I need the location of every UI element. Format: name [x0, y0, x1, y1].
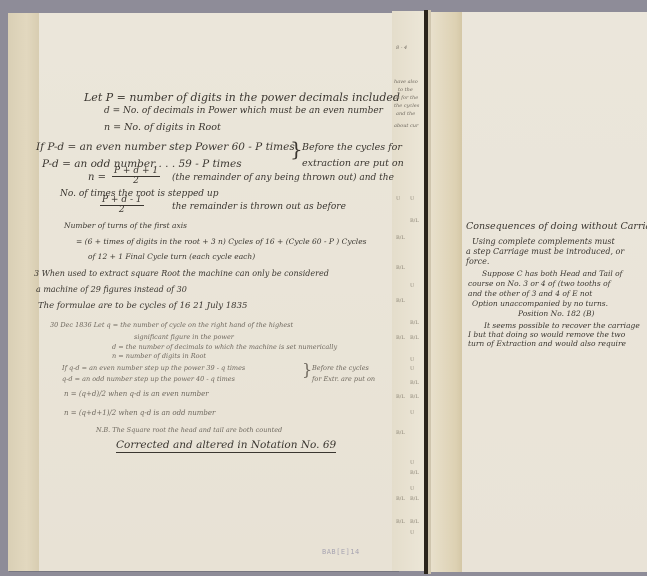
nb-note: N.B. The Square root the head and tail a… — [96, 427, 282, 434]
brace: } — [290, 139, 303, 159]
fold-mark: B/L — [396, 298, 405, 304]
note-3-line-1: 3 When used to extract square Root the m… — [34, 270, 329, 278]
fold-mark: B/L — [396, 430, 405, 436]
right-para1-line2: a step Carriage must be introduced, or — [466, 248, 624, 256]
fold-mark: U — [410, 357, 414, 363]
right-para3-line1: It seems possible to recover the carriag… — [484, 322, 640, 330]
fold-mark: B/L — [410, 335, 419, 341]
fraction-denominator: 2 — [112, 177, 160, 186]
fold-mark: B/L — [410, 218, 419, 224]
fold-mark: U — [396, 196, 400, 202]
revision-line-2: significant figure in the power — [134, 334, 234, 341]
right-para3-line2: I but that doing so would remove the two — [468, 331, 625, 339]
fold-mark: B/L — [410, 380, 419, 386]
fold-mark: B/L — [396, 235, 405, 241]
right-para3-line3: turn of Extraction and would also requir… — [468, 340, 626, 348]
archive-stamp: BAB[E]14 — [322, 548, 360, 556]
note-3-line-2: a machine of 29 figures instead of 30 — [36, 286, 187, 294]
remainder-note-2: the remainder is thrown out as before — [172, 203, 346, 212]
right-binding-strip — [431, 12, 462, 572]
revision-line-5: If q-d = an even number step up the powe… — [62, 365, 245, 372]
fold-mark: B/L — [410, 394, 419, 400]
fold-mark: B/L — [410, 519, 419, 525]
right-para2-line1: Suppose C has both Head and Tail of — [482, 270, 622, 278]
fold-mark: B/L — [410, 320, 419, 326]
fold-top-note: 8 - 4 — [396, 46, 407, 51]
right-para2-line3: and the other of 3 and 4 of E not — [468, 290, 592, 298]
turns-formula-cont: of 12 + 1 Final Cycle turn (each cycle e… — [88, 253, 255, 261]
fold-line: about cur — [394, 124, 418, 129]
right-para2-line4: Option unaccompanied by no turns. — [472, 300, 608, 308]
fold-mark: U — [410, 486, 414, 492]
fold-mark: U — [410, 366, 414, 372]
fold-mark: U — [410, 410, 414, 416]
fold-line: as for the — [394, 96, 418, 101]
condition-note-2: extraction are put on — [302, 159, 404, 169]
remainder-note: (the remainder of any being thrown out) … — [172, 174, 394, 183]
condition-note-1: Before the cycles for — [302, 143, 402, 153]
revision-line-8: n = (q+d+1)/2 when q-d is an odd number — [64, 410, 215, 417]
revision-line-3: d = the number of decimals to which the … — [112, 344, 337, 351]
fold-mark: B/L — [396, 519, 405, 525]
fold-line: to the — [398, 88, 413, 93]
fold-mark: U — [410, 196, 414, 202]
definition-d: d = No. of decimals in Power which must … — [104, 107, 383, 116]
revision-line-4: n = number of digits in Root — [112, 353, 206, 360]
formulae-date-line: The formulae are to be cycles of 16 21 J… — [38, 302, 247, 311]
definition-p: Let P = number of digits in the power de… — [84, 92, 400, 103]
fold-line: have also — [394, 80, 418, 85]
fold-mark: U — [410, 460, 414, 466]
n-equals: n = — [88, 173, 106, 183]
revision-note-1: Before the cycles — [312, 365, 369, 372]
right-para2-ref: Position No. 182 (B) — [518, 310, 594, 318]
fraction-n-even: P + d + 1 2 — [112, 167, 160, 186]
corrected-notation-title: Corrected and altered in Notation No. 69 — [116, 440, 336, 453]
fold-mark: B/L — [396, 265, 405, 271]
revision-line-7: n = (q+d)/2 when q-d is an even number — [64, 391, 209, 398]
right-para1-line1: Using complete complements must — [472, 238, 615, 246]
condition-even: If P-d = an even number step Power 60 - … — [36, 142, 295, 153]
brace: } — [302, 362, 312, 378]
fold-mark: U — [410, 283, 414, 289]
right-heading: Consequences of doing without Carriage — [466, 222, 647, 232]
fold-mark: B/L — [396, 496, 405, 502]
turns-heading: Number of turns of the first axis — [64, 222, 187, 230]
revision-line-1: 30 Dec 1836 Let q = the number of cycle … — [50, 322, 293, 329]
right-para2-line2: course on No. 3 or 4 of (two tooths of — [468, 280, 610, 288]
fold-mark: B/L — [396, 394, 405, 400]
fraction-denominator: 2 — [100, 206, 144, 215]
right-para1-line3: force. — [466, 258, 489, 266]
definition-n: n = No. of digits in Root — [104, 123, 221, 133]
turns-formula: = (6 + times of digits in the root + 3 n… — [76, 238, 366, 246]
fold-line: and the — [396, 112, 415, 117]
fold-line: the cycles — [394, 104, 419, 109]
fold-mark: B/L — [410, 470, 419, 476]
fold-mark: B/L — [396, 335, 405, 341]
fold-mark: U — [410, 530, 414, 536]
fraction-n-odd: P + d - 1 2 — [100, 196, 144, 215]
revision-note-2: for Extr. are put on — [312, 376, 375, 383]
fold-mark: B/L — [410, 496, 419, 502]
revision-line-6: q-d = an odd number step up the power 40… — [62, 376, 235, 383]
